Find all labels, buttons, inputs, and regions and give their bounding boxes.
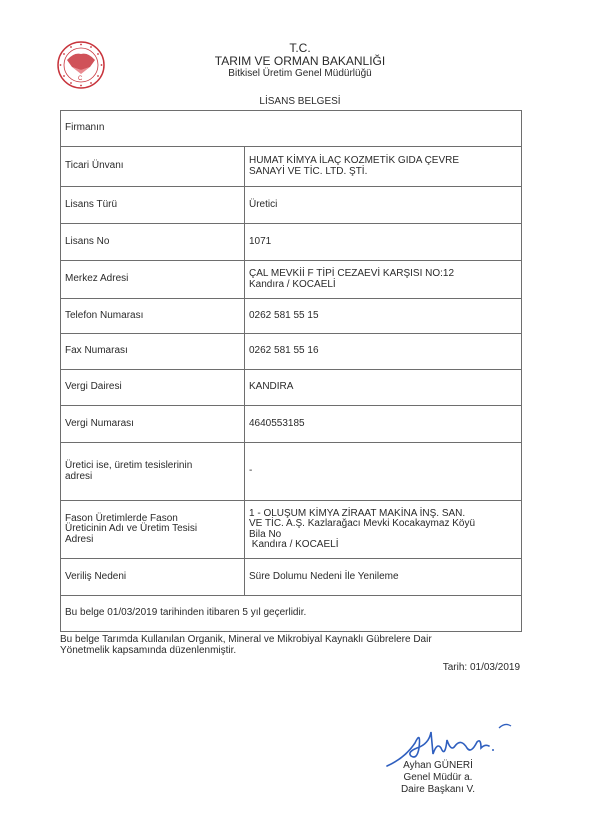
table-row: Veriliş Nedeni Süre Dolumu Nedeni İle Ye… [61, 559, 522, 596]
document-header: T.C. TARIM VE ORMAN BAKANLIĞI Bitkisel Ü… [150, 42, 450, 79]
row-label: Lisans Türü [61, 187, 245, 224]
section-header: Firmanın [61, 111, 522, 147]
row-label: Fason Üretimlerde Fason Üreticinin Adı v… [61, 501, 245, 559]
table-row: Fason Üretimlerde Fason Üreticinin Adı v… [61, 501, 522, 559]
table-row: Fax Numarası 0262 581 55 16 [61, 334, 522, 370]
signer-name: Ayhan GÜNERİ [378, 760, 498, 772]
row-value: HUMAT KİMYA İLAÇ KOZMETİK GIDA ÇEVRE SAN… [245, 147, 522, 187]
row-label: Veriliş Nedeni [61, 559, 245, 596]
regulation-note: Bu belge Tarımda Kullanılan Organik, Min… [60, 634, 530, 656]
row-label: Ticari Ünvanı [61, 147, 245, 187]
table-row: Üretici ise, üretim tesislerinin adresi … [61, 443, 522, 501]
row-value: 0262 581 55 16 [245, 334, 522, 370]
row-label: Lisans No [61, 224, 245, 261]
row-value: 0262 581 55 15 [245, 299, 522, 334]
svg-text:C: C [78, 76, 83, 82]
issue-date: Tarih: 01/03/2019 [380, 662, 520, 673]
table-row: Vergi Dairesi KANDIRA [61, 370, 522, 406]
row-value: ÇAL MEVKİİ F TİPİ CEZAEVİ KARŞISI NO:12 … [245, 261, 522, 299]
row-label: Üretici ise, üretim tesislerinin adresi [61, 443, 245, 501]
row-label: Vergi Numarası [61, 406, 245, 443]
table-row: Firmanın [61, 111, 522, 147]
row-value: - [245, 443, 522, 501]
table-row: Lisans No 1071 [61, 224, 522, 261]
department-name: Bitkisel Üretim Genel Müdürlüğü [150, 68, 450, 79]
signer-title: Daire Başkanı V. [378, 784, 498, 796]
table-row: Vergi Numarası 4640553185 [61, 406, 522, 443]
row-label: Fax Numarası [61, 334, 245, 370]
row-value: 1 - OLUŞUM KİMYA ZİRAAT MAKİNA İNŞ. SAN.… [245, 501, 522, 559]
row-value: Süre Dolumu Nedeni İle Yenileme [245, 559, 522, 596]
table-row: Merkez Adresi ÇAL MEVKİİ F TİPİ CEZAEVİ … [61, 261, 522, 299]
row-value: KANDIRA [245, 370, 522, 406]
signer-title: Genel Müdür a. [378, 772, 498, 784]
row-label: Vergi Dairesi [61, 370, 245, 406]
table-row: Lisans Türü Üretici [61, 187, 522, 224]
ministry-name: TARIM VE ORMAN BAKANLIĞI [150, 55, 450, 68]
table-row: Ticari Ünvanı HUMAT KİMYA İLAÇ KOZMETİK … [61, 147, 522, 187]
table-row: Telefon Numarası 0262 581 55 15 [61, 299, 522, 334]
signer-block: Ayhan GÜNERİ Genel Müdür a. Daire Başkan… [378, 760, 498, 796]
row-label: Telefon Numarası [61, 299, 245, 334]
ministry-seal-icon: C [56, 40, 106, 90]
row-value: 4640553185 [245, 406, 522, 443]
license-table: Firmanın Ticari Ünvanı HUMAT KİMYA İLAÇ … [60, 110, 522, 632]
row-label: Merkez Adresi [61, 261, 245, 299]
row-value: 1071 [245, 224, 522, 261]
document-title: LİSANS BELGESİ [150, 96, 450, 107]
row-value: Üretici [245, 187, 522, 224]
validity-statement: Bu belge 01/03/2019 tarihinden itibaren … [61, 596, 522, 632]
table-row: Bu belge 01/03/2019 tarihinden itibaren … [61, 596, 522, 632]
